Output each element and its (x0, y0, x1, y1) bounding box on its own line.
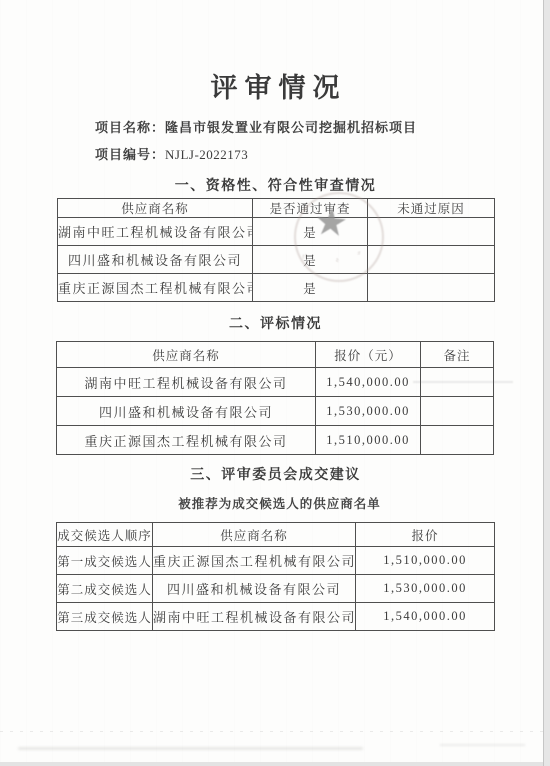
supplier-cell: 四川盛和机械设备有限公司 (153, 575, 356, 603)
price-cell: 1,540,000.00 (356, 603, 495, 631)
table-row: 第二成交候选人 四川盛和机械设备有限公司 1,530,000.00 (57, 575, 495, 603)
price-cell: 1,510,000.00 (316, 426, 421, 455)
supplier-cell: 湖南中旺工程机械设备有限公司 (57, 368, 316, 397)
fail-reason-cell (368, 274, 495, 302)
supplier-cell: 重庆正源国杰工程机械有限公司 (153, 547, 356, 575)
project-number-value: NJLJ-2022173 (165, 147, 248, 162)
table-row: 四川盛和机械设备有限公司 是 (58, 246, 495, 274)
seal-mark-icon: 〝 (329, 256, 339, 270)
header-supplier-name: 供应商名称 (153, 523, 356, 547)
award-candidate-table: 成交候选人顺序 供应商名称 报价 第一成交候选人 重庆正源国杰工程机械有限公司 … (56, 522, 495, 631)
project-name-line: 项目名称：隆昌市银发置业有限公司挖掘机招标项目 (95, 117, 417, 136)
table-row: 重庆正源国杰工程机械有限公司 是 (58, 274, 495, 302)
table-row: 四川盛和机械设备有限公司 1,530,000.00 (57, 397, 494, 426)
supplier-cell: 湖南中旺工程机械设备有限公司 (58, 218, 253, 246)
price-cell: 1,540,000.00 (316, 368, 421, 397)
table-row: 重庆正源国杰工程机械有限公司 1,510,000.00 (57, 426, 494, 455)
supplier-cell: 四川盛和机械设备有限公司 (57, 397, 316, 426)
table-row: 湖南中旺工程机械设备有限公司 是 (58, 218, 495, 246)
remark-cell (421, 397, 494, 426)
header-bid-price: 报价（元） (316, 342, 421, 368)
section3-heading: 三、评审委员会成交建议 (0, 464, 543, 484)
scanned-page: 评审情况 项目名称：隆昌市银发置业有限公司挖掘机招标项目 项目编号：NJLJ-2… (0, 0, 543, 762)
section2-heading: 二、评标情况 (0, 313, 543, 333)
project-number-line: 项目编号：NJLJ-2022173 (95, 144, 248, 163)
header-remark: 备注 (421, 342, 494, 368)
header-bid-price: 报价 (356, 523, 495, 547)
table-header-row: 供应商名称 是否通过审查 未通过原因 (58, 199, 495, 218)
rank-cell: 第三成交候选人 (57, 603, 153, 631)
supplier-cell: 重庆正源国杰工程机械有限公司 (58, 274, 253, 302)
qualification-review-table: 供应商名称 是否通过审查 未通过原因 湖南中旺工程机械设备有限公司 是 四川盛和… (57, 198, 495, 302)
supplier-cell: 湖南中旺工程机械设备有限公司 (153, 603, 356, 631)
table-header-row: 成交候选人顺序 供应商名称 报价 (57, 523, 495, 547)
bid-evaluation-table: 供应商名称 报价（元） 备注 湖南中旺工程机械设备有限公司 1,540,000.… (56, 341, 494, 455)
price-cell: 1,530,000.00 (316, 397, 421, 426)
fail-reason-cell (368, 218, 495, 246)
price-cell: 1,530,000.00 (356, 575, 495, 603)
candidate-list-subtitle: 被推荐为成交候选人的供应商名单 (0, 494, 543, 512)
price-cell: 1,510,000.00 (356, 547, 495, 575)
header-fail-reason: 未通过原因 (368, 199, 495, 218)
remark-cell (421, 426, 494, 455)
scan-dotted-line (0, 731, 543, 732)
rank-cell: 第一成交候选人 (57, 547, 153, 575)
project-name-value: 隆昌市银发置业有限公司挖掘机招标项目 (165, 120, 417, 135)
rank-cell: 第二成交候选人 (57, 575, 153, 603)
scanner-edge-right (543, 0, 550, 766)
scan-smudge (440, 744, 525, 746)
scan-smudge (413, 381, 513, 383)
section1-heading: 一、资格性、符合性审查情况 (0, 175, 543, 195)
header-supplier-name: 供应商名称 (57, 342, 316, 368)
table-row: 第三成交候选人 湖南中旺工程机械设备有限公司 1,540,000.00 (57, 603, 495, 631)
header-candidate-rank: 成交候选人顺序 (57, 523, 153, 547)
table-header-row: 供应商名称 报价（元） 备注 (57, 342, 494, 368)
supplier-cell: 重庆正源国杰工程机械有限公司 (57, 426, 316, 455)
project-number-label: 项目编号： (95, 147, 165, 162)
page-title: 评审情况 (0, 66, 543, 105)
project-name-label: 项目名称： (95, 120, 165, 135)
table-row: 第一成交候选人 重庆正源国杰工程机械有限公司 1,510,000.00 (57, 547, 495, 575)
scan-smudge (18, 747, 363, 750)
scanner-edge-bottom (0, 762, 543, 766)
seal-star-icon: ★ (312, 202, 349, 243)
fail-reason-cell (368, 246, 495, 274)
header-supplier-name: 供应商名称 (58, 199, 253, 218)
supplier-cell: 四川盛和机械设备有限公司 (58, 246, 253, 274)
